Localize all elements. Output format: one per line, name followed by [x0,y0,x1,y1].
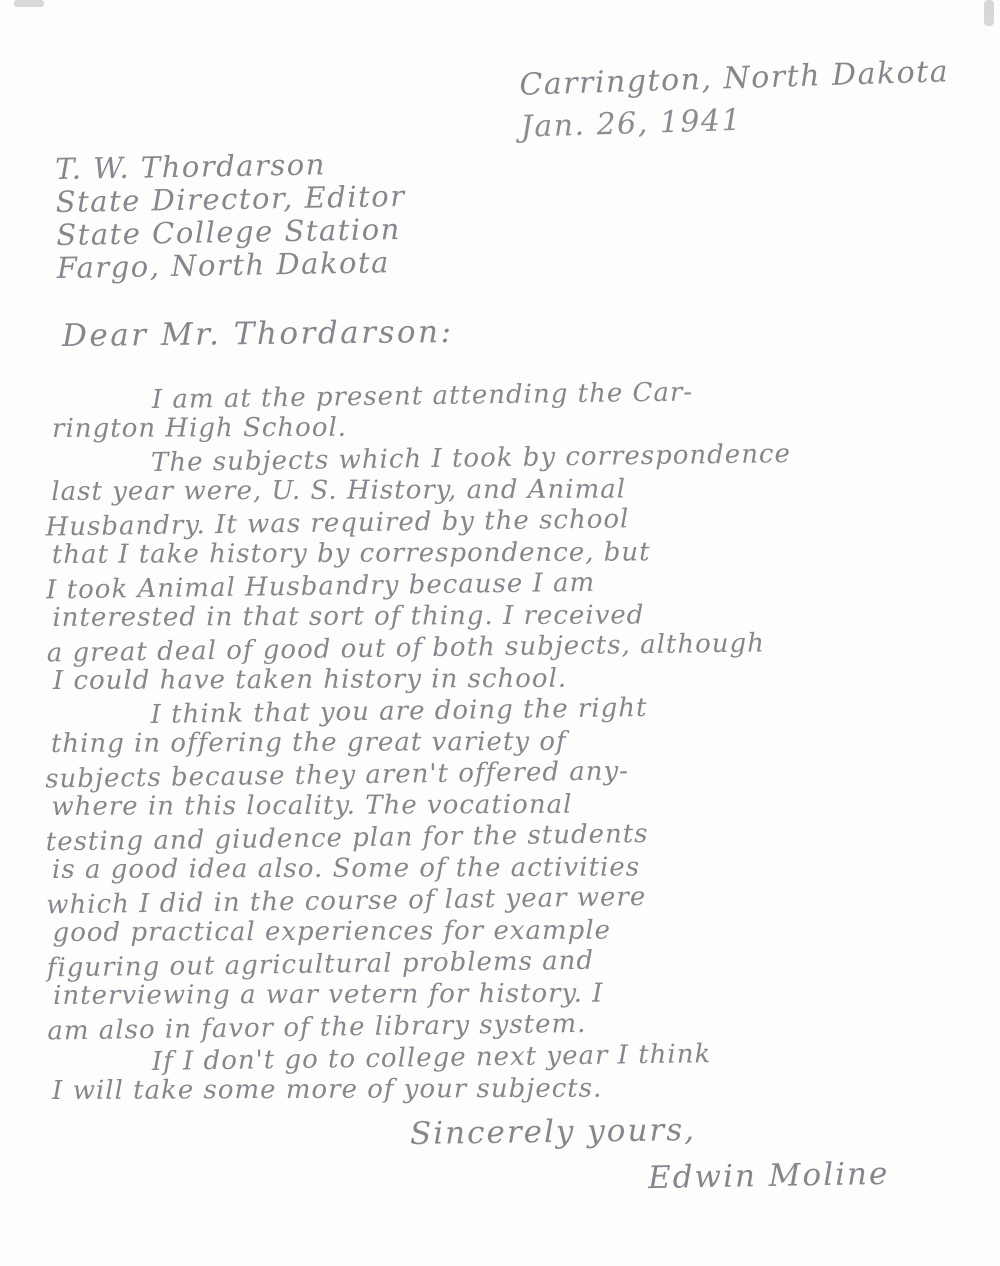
dateline: Carrington, North Dakota Jan. 26, 1941 [519,51,951,148]
body-line: I will take some more of your subjects. [52,1071,968,1106]
paragraph-4: If I don't go to college next year I thi… [46,1037,969,1108]
recipient-address: T. W. Thordarson State Director, Editor … [55,147,407,285]
letter-page: Carrington, North Dakota Jan. 26, 1941 T… [0,0,1000,1266]
recipient-city: Fargo, North Dakota [57,246,407,285]
paragraph-3: I think that you are doing the right thi… [45,691,970,1046]
salutation: Dear Mr. Thordarson: [62,314,454,354]
letter-body: I am at the present attending the Car- r… [46,380,968,1105]
paragraph-1: I am at the present attending the Car- r… [46,376,969,447]
paragraph-2: The subjects which I took by corresponde… [45,439,969,699]
scan-artifact-top-left [14,0,44,7]
closing: Sincerely yours, [410,1112,696,1152]
signature: Edwin Moline [648,1156,890,1196]
scan-artifact-top-right [984,0,994,26]
